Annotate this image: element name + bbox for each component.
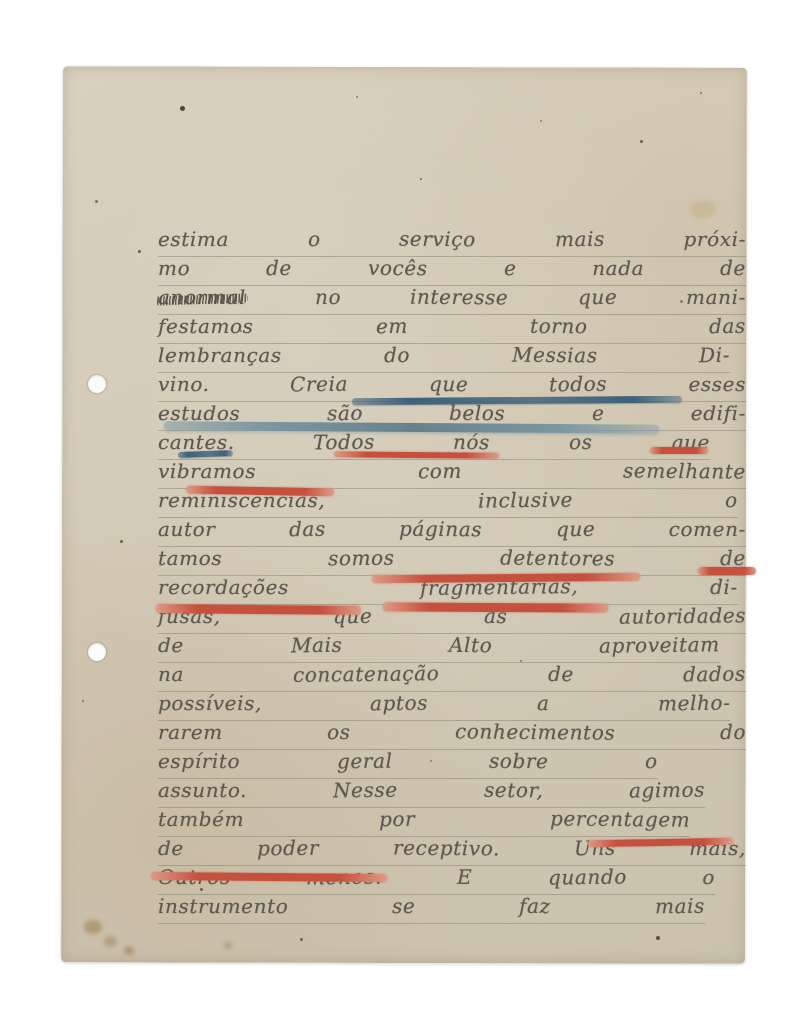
- red-underline-5: [698, 567, 756, 575]
- underline-marks-layer: [0, 0, 808, 1024]
- blue-underline-1: [352, 396, 682, 405]
- red-underline-8: [588, 838, 733, 848]
- red-underline-6: [156, 604, 361, 615]
- red-underline-1: [334, 451, 499, 458]
- red-underline-4: [372, 573, 640, 583]
- red-underline-9: [151, 872, 387, 882]
- red-underline-2: [650, 447, 708, 454]
- red-underline-7: [383, 602, 608, 612]
- red-underline-3: [186, 486, 334, 497]
- blue-dash: [178, 450, 233, 458]
- scanned-document-photo: estimaoserviçomaispróxi-modevocêsenadade…: [0, 0, 808, 1024]
- blue-underline-2: [164, 421, 659, 433]
